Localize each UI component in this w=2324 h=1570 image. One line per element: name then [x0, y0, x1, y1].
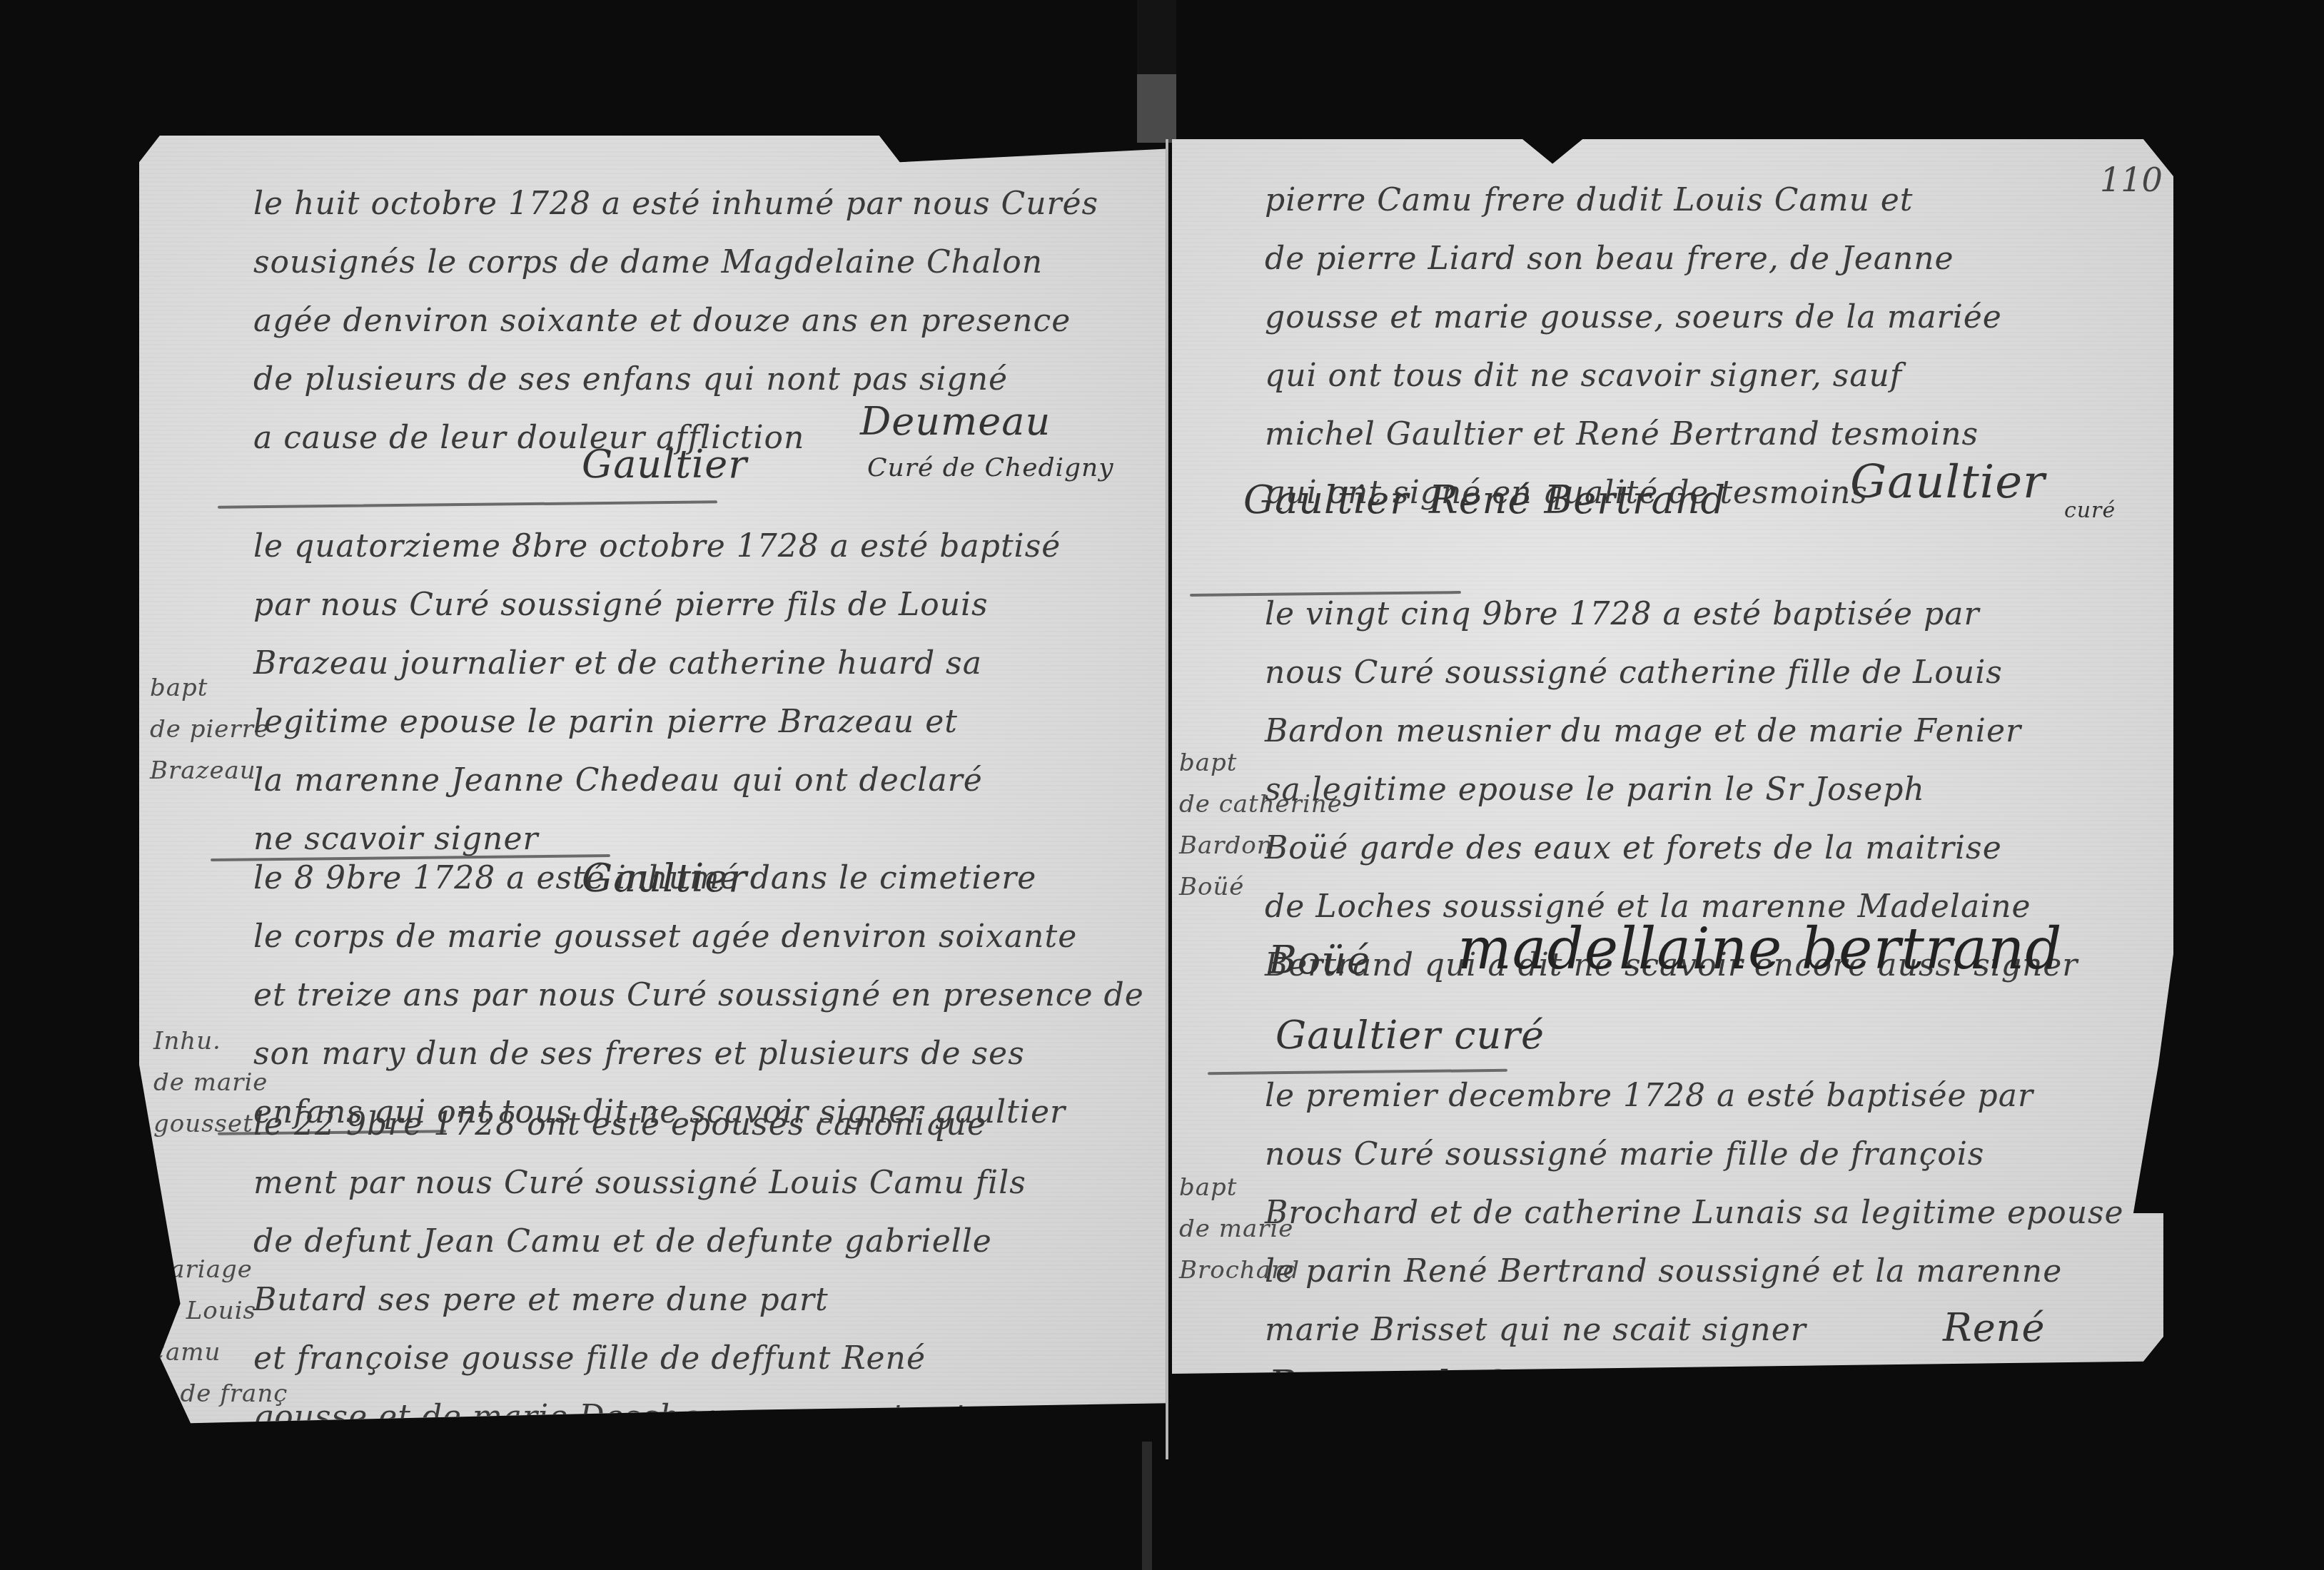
signature-cure-chedigny: Curé de Chedigny	[867, 439, 1114, 497]
signature-madellaine-bertrand: madellaine bertrand	[1457, 917, 2062, 981]
entry-line: et françoise gousse fille de deffunt Ren…	[253, 1330, 1140, 1388]
entry-line: legitime epouse le parin pierre Brazeau …	[253, 693, 1061, 751]
entry-line: de cette paroisse en presence et du cons…	[253, 1505, 1140, 1564]
entry-line: nous Curé soussigné marie fille de franç…	[1265, 1125, 2124, 1184]
entry-line: de pierre Liard son beau frere, de Jeann…	[1265, 230, 2002, 288]
signature-cure-label: curé	[2064, 482, 2116, 540]
entry-line: son mary dun de ses freres et plusieurs …	[253, 1025, 1144, 1083]
page-gutter	[1166, 139, 1168, 1459]
entry-baptism-brazeau: le quatorzieme 8bre octobre 1728 a esté …	[253, 517, 1061, 868]
signature-boue: Boüé	[1268, 931, 1370, 990]
margin-note-inhu-marie-gousset: Inhu. de marie gousset	[153, 1020, 268, 1145]
entry-line: par nous Curé soussigné pierre fils de L…	[253, 576, 1061, 634]
entry-line: le premier decembre 1728 a esté baptisée…	[1265, 1067, 2124, 1125]
entry-line: le quatorzieme 8bre octobre 1728 a esté …	[253, 517, 1061, 576]
entry-line: Butard ses pere et mere dune part	[253, 1271, 1140, 1330]
signature-bertrand: Bertrand	[1268, 1356, 1450, 1414]
entry-line: tante ses pere et mere dautre part, tous…	[253, 1447, 1140, 1505]
entry-line: sa legitime epouse le parin le Sr Joseph	[1265, 761, 2078, 819]
entry-line: pierre Camu frere dudit Louis Camu et	[1265, 171, 2002, 230]
signature-gaultier-cure: Gaultier curé	[1275, 1006, 1545, 1065]
entry-line: de defunt Jean Camu et de defunte gabrie…	[253, 1212, 1140, 1271]
entry-line: le 8 9bre 1728 a esté inhumé dans le cim…	[253, 849, 1144, 908]
signature-gaultier-cure: Gaultier	[1850, 453, 2046, 512]
entry-line: Brazeau journalier et de catherine huard…	[253, 634, 1061, 693]
entry-line: nous Curé soussigné catherine fille de L…	[1265, 644, 2078, 702]
signature-gaultier: Gaultier	[1479, 1356, 1645, 1414]
binding-strip	[1137, 0, 1176, 143]
entry-line: le 22 9bre 1728 ont esté epousés canoniq…	[253, 1095, 1140, 1154]
signature-gaultier-witness: Gaultier	[1243, 471, 1409, 530]
entry-line: Boüé garde des eaux et forets de la mait…	[1265, 819, 2078, 878]
entry-line: et treize ans par nous Curé soussigné en…	[253, 966, 1144, 1025]
signature-rene-bertrand: René Bertrand	[1429, 471, 1726, 530]
entry-line: le parin René Bertrand soussigné et la m…	[1265, 1242, 2124, 1301]
entry-line: ment par nous Curé soussigné Louis Camu …	[253, 1154, 1140, 1212]
entry-line: le huit octobre 1728 a esté inhumé par n…	[253, 175, 1098, 233]
entry-line: le vingt cinq 9bre 1728 a esté baptisée …	[1265, 585, 2078, 644]
entry-line: qui ont tous dit ne scavoir signer, sauf	[1265, 347, 2002, 405]
binding-strip-bottom	[1142, 1442, 1152, 1570]
entry-line: la marenne Jeanne Chedeau qui ont declar…	[253, 751, 1061, 810]
right-page: 110 pierre Camu frere dudit Louis Camu e…	[1172, 139, 2173, 1374]
left-page: le huit octobre 1728 a esté inhumé par n…	[139, 136, 1167, 1463]
entry-line: Brochard et de catherine Lunais sa legit…	[1265, 1184, 2124, 1242]
signature-gaultier: Gaultier	[582, 435, 747, 494]
entry-line: sousignés le corps de dame Magdelaine Ch…	[253, 233, 1098, 292]
entry-line: Bardon meusnier du mage et de marie Feni…	[1265, 702, 2078, 761]
folio-number: 110	[2100, 161, 2163, 199]
signature-rene: René	[1943, 1299, 2045, 1357]
entry-line: agée denviron soixante et douze ans en p…	[253, 292, 1098, 350]
entry-line: le corps de marie gousset agée denviron …	[253, 908, 1144, 966]
entry-line: gousse et de marie Deschamps presente et…	[253, 1388, 1140, 1447]
entry-divider	[218, 500, 717, 508]
entry-marriage-camu: le 22 9bre 1728 ont esté epousés canoniq…	[253, 1095, 1140, 1564]
margin-note-bapt-pierre-brazeau: bapt de pierre Brazeau	[150, 667, 269, 791]
entry-line: gousse et marie gousse, soeurs de la mar…	[1265, 288, 2002, 347]
